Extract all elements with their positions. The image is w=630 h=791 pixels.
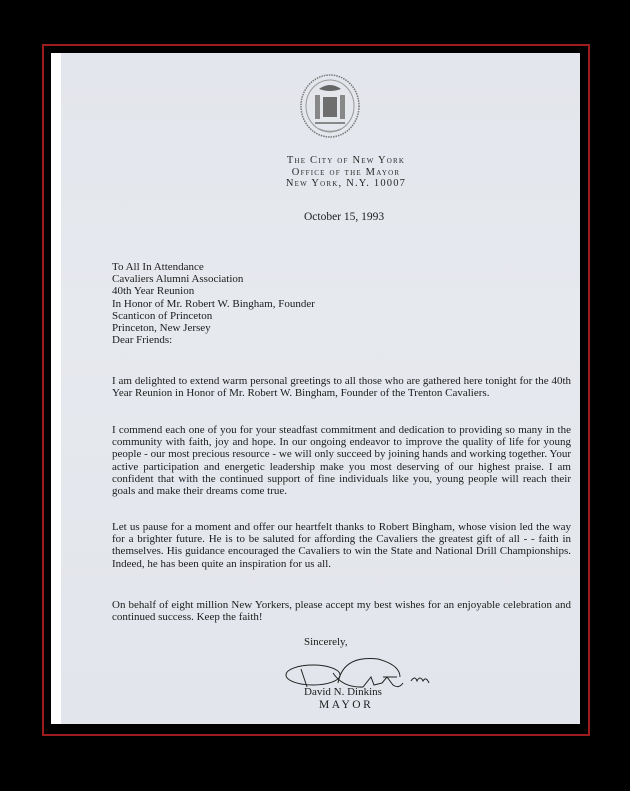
- address-line: Cavaliers Alumni Association: [112, 273, 571, 285]
- address-line: Princeton, New Jersey: [112, 322, 571, 334]
- letterhead-line-1: The City of New York: [211, 155, 481, 167]
- signer-title: MAYOR: [319, 699, 373, 711]
- closing: Sincerely,: [304, 636, 348, 648]
- letterhead: The City of New York Office of the Mayor…: [211, 155, 481, 190]
- paragraph: I am delighted to extend warm personal g…: [112, 375, 571, 399]
- letter-date: October 15, 1993: [304, 211, 384, 223]
- letterhead-line-3: New York, N.Y. 10007: [211, 178, 481, 190]
- paragraph: On behalf of eight million New Yorkers, …: [112, 599, 571, 623]
- paragraph: Let us pause for a moment and offer our …: [112, 521, 571, 570]
- letter-sheet: The City of New York Office of the Mayor…: [61, 53, 580, 724]
- signer-name: David N. Dinkins: [304, 686, 382, 698]
- address-line: 40th Year Reunion: [112, 285, 571, 297]
- letter-paper: The City of New York Office of the Mayor…: [51, 53, 580, 724]
- recipient-address: To All In Attendance Cavaliers Alumni As…: [112, 261, 571, 334]
- letterhead-line-2: Office of the Mayor: [211, 167, 481, 179]
- paragraph: I commend each one of you for your stead…: [112, 424, 571, 497]
- address-line: Scanticon of Princeton: [112, 310, 571, 322]
- city-seal-icon: [299, 73, 361, 139]
- salutation: Dear Friends:: [112, 334, 571, 346]
- address-line: In Honor of Mr. Robert W. Bingham, Found…: [112, 298, 571, 310]
- address-line: To All In Attendance: [112, 261, 571, 273]
